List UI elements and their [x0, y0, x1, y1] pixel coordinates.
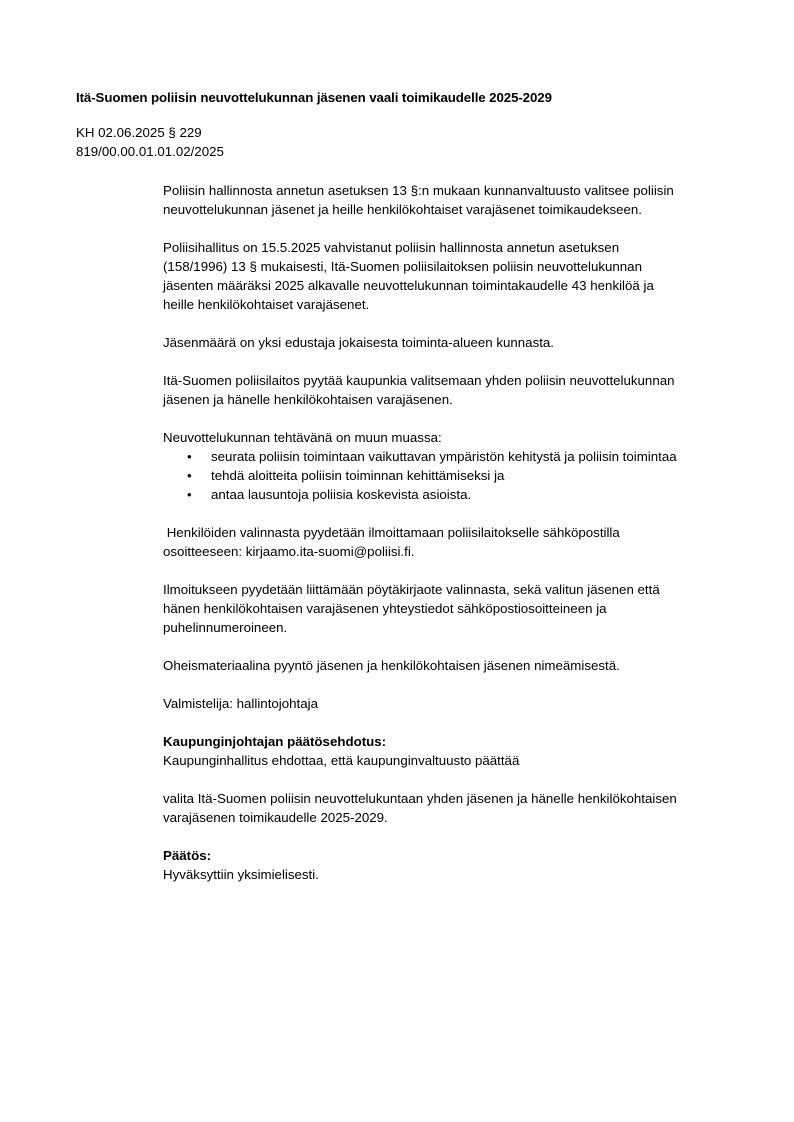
text-line: Poliisin hallinnosta annetun asetuksen 1… — [163, 181, 733, 200]
list-item-text: seurata poliisin toimintaan vaikuttavan … — [211, 449, 677, 464]
proposal-heading: Kaupunginjohtajan päätösehdotus: — [163, 732, 733, 751]
email-line: osoitteeseen: kirjaamo.ita-suomi@poliisi… — [163, 542, 733, 561]
document-meta: KH 02.06.2025 § 229 819/00.00.01.01.02/2… — [76, 123, 224, 161]
document-page: Itä-Suomen poliisin neuvottelukunnan jäs… — [0, 0, 794, 1122]
text-line: Itä-Suomen poliisilaitos pyytää kaupunki… — [163, 371, 733, 390]
text-line: jäsenten määräksi 2025 alkavalle neuvott… — [163, 276, 733, 295]
list-item: • antaa lausuntoja poliisia koskevista a… — [163, 485, 733, 504]
list-item: • seurata poliisin toimintaan vaikuttava… — [163, 447, 733, 466]
text-line: jäsenen ja hänelle henkilökohtaisen vara… — [163, 390, 733, 409]
text-line: Valmistelija: hallintojohtaja — [163, 694, 733, 713]
text-line: neuvottelukunnan jäsenet ja heille henki… — [163, 200, 733, 219]
bullet-icon: • — [187, 466, 192, 485]
text-line: Poliisihallitus on 15.5.2025 vahvistanut… — [163, 238, 733, 257]
tasks-intro: Neuvottelukunnan tehtävänä on muun muass… — [163, 428, 733, 447]
paragraph-member-count: Jäsenmäärä on yksi edustaja jokaisesta t… — [163, 333, 733, 352]
text-line: Jäsenmäärä on yksi edustaja jokaisesta t… — [163, 333, 733, 352]
text-line: valita Itä-Suomen poliisin neuvottelukun… — [163, 789, 733, 808]
paragraph-legal-basis: Poliisin hallinnosta annetun asetuksen 1… — [163, 181, 733, 219]
meeting-reference: KH 02.06.2025 § 229 — [76, 123, 224, 142]
decision-text: Hyväksyttiin yksimielisesti. — [163, 865, 733, 884]
bullet-icon: • — [187, 485, 192, 504]
document-body: Poliisin hallinnosta annetun asetuksen 1… — [163, 181, 733, 903]
text-line: varajäsenen toimikaudelle 2025-2029. — [163, 808, 733, 827]
paragraph-police-board-decision: Poliisihallitus on 15.5.2025 vahvistanut… — [163, 238, 733, 314]
decision-heading: Päätös: — [163, 846, 733, 865]
text-line: Henkilöiden valinnasta pyydetään ilmoitt… — [163, 523, 733, 542]
paragraph-preparer: Valmistelija: hallintojohtaja — [163, 694, 733, 713]
document-title: Itä-Suomen poliisin neuvottelukunnan jäs… — [76, 88, 552, 107]
bullet-icon: • — [187, 447, 192, 466]
paragraph-request: Itä-Suomen poliisilaitos pyytää kaupunki… — [163, 371, 733, 409]
list-item: • tehdä aloitteita poliisin toiminnan ke… — [163, 466, 733, 485]
text-line: Oheismateriaalina pyyntö jäsenen ja henk… — [163, 656, 733, 675]
list-item-text: tehdä aloitteita poliisin toiminnan kehi… — [211, 468, 504, 483]
proposal-section: Kaupunginjohtajan päätösehdotus: Kaupung… — [163, 732, 733, 770]
text-line: Ilmoitukseen pyydetään liittämään pöytäk… — [163, 580, 733, 599]
paragraph-supporting-material: Oheismateriaalina pyyntö jäsenen ja henk… — [163, 656, 733, 675]
text-line: heille henkilökohtaiset varajäsenet. — [163, 295, 733, 314]
text-line: hänen henkilökohtaisen varajäsenen yhtey… — [163, 599, 733, 618]
text-line: puhelinnumeroineen. — [163, 618, 733, 637]
proposal-intro: Kaupunginhallitus ehdottaa, että kaupung… — [163, 751, 733, 770]
tasks-list: • seurata poliisin toimintaan vaikuttava… — [163, 447, 733, 504]
proposal-text: valita Itä-Suomen poliisin neuvottelukun… — [163, 789, 733, 827]
paragraph-email-notice: Henkilöiden valinnasta pyydetään ilmoitt… — [163, 523, 733, 561]
decision-section: Päätös: Hyväksyttiin yksimielisesti. — [163, 846, 733, 884]
paragraph-attachments-required: Ilmoitukseen pyydetään liittämään pöytäk… — [163, 580, 733, 637]
record-id: 819/00.00.01.01.02/2025 — [76, 142, 224, 161]
list-item-text: antaa lausuntoja poliisia koskevista asi… — [211, 487, 471, 502]
text-line: (158/1996) 13 § mukaisesti, Itä-Suomen p… — [163, 257, 733, 276]
